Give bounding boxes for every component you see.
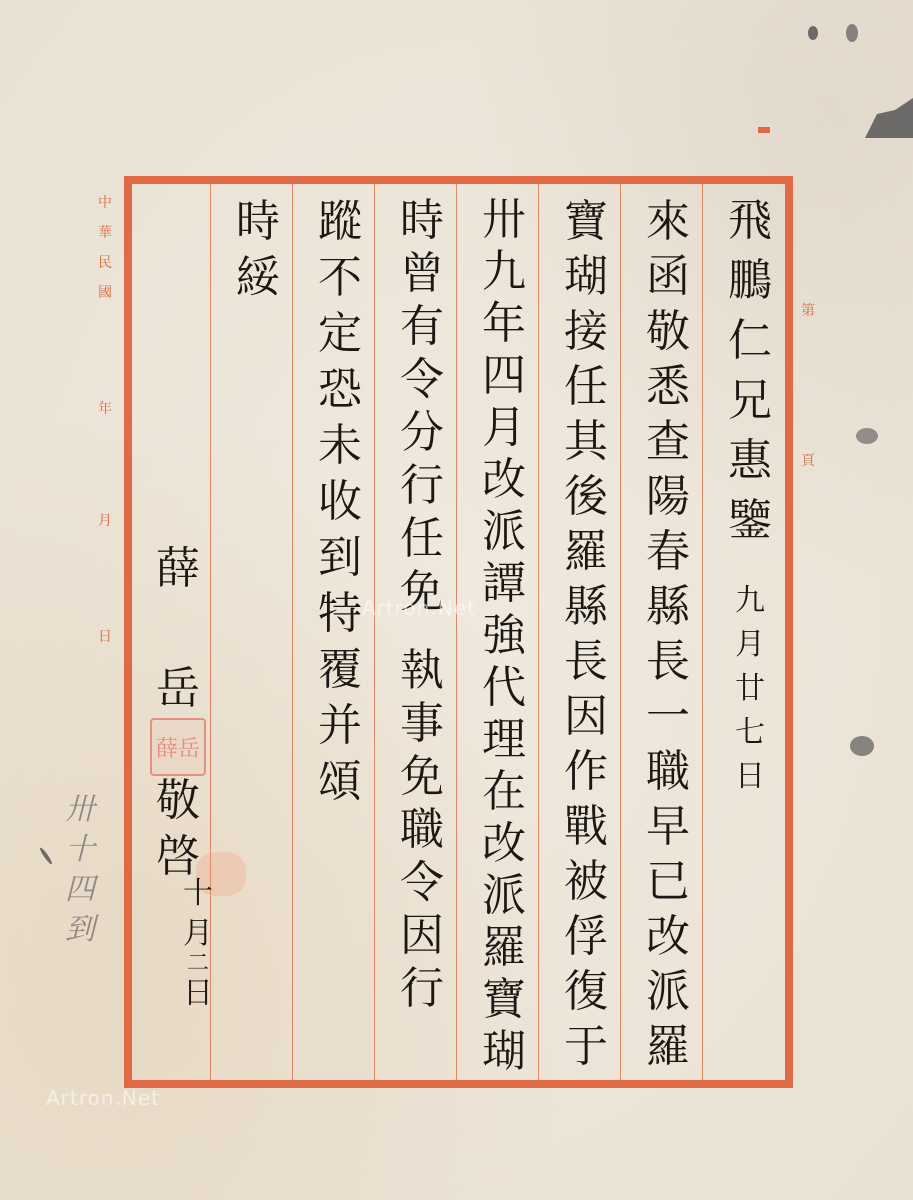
signature-block: 薛 岳 敬 啓 <box>138 539 218 883</box>
char: 敬 <box>646 304 690 359</box>
char: 早 <box>646 799 690 854</box>
pencil-char: 到 <box>65 910 95 950</box>
char: 縣 <box>646 579 690 634</box>
text-column-6: 蹤 不 定 恐 未 收 到 特 覆 并 頌 <box>300 194 380 810</box>
watermark: Artron.Net <box>46 1086 160 1110</box>
char: 復 <box>564 964 608 1019</box>
char: 派 <box>482 870 526 922</box>
char: 有 <box>400 300 444 353</box>
char: 職 <box>646 744 690 799</box>
ink-stain <box>39 847 54 866</box>
char: 譚 <box>482 558 526 610</box>
char: 不 <box>318 250 362 306</box>
char: 瑚 <box>482 1026 526 1078</box>
left-margin-print: 中 華 民 國 年 月 日 <box>98 192 112 646</box>
char: 分 <box>400 406 444 459</box>
char: 春 <box>646 524 690 579</box>
char: 卅 <box>482 194 526 246</box>
char: 接 <box>564 304 608 359</box>
date-char: 日 <box>183 974 213 1014</box>
char: 并 <box>318 698 362 754</box>
seal-stamp: 薛岳 <box>150 718 206 776</box>
char: 月 <box>482 402 526 454</box>
pencil-char: 卅 <box>65 790 95 830</box>
char: 收 <box>318 474 362 530</box>
char: 作 <box>564 744 608 799</box>
signature-name-char: 薛 <box>156 539 200 659</box>
char: 後 <box>564 469 608 524</box>
margin-char: 日 <box>98 626 112 646</box>
char: 蹤 <box>318 194 362 250</box>
char: 俘 <box>564 909 608 964</box>
char: 長 <box>646 634 690 689</box>
char: 一 <box>646 689 690 744</box>
date-char: 月 <box>735 618 765 662</box>
char: 兄 <box>728 374 772 434</box>
char: 陽 <box>646 469 690 524</box>
char: 被 <box>564 854 608 909</box>
char: 代 <box>482 662 526 714</box>
margin-char: 民 <box>98 252 112 272</box>
text-column-7: 時 綏 <box>218 194 298 306</box>
text-column-3: 寶 瑚 接 任 其 後 羅 縣 長 因 作 戰 被 俘 復 于 <box>546 194 626 1074</box>
char: 鑒 <box>728 494 772 554</box>
date-char: 廿 <box>735 662 765 706</box>
seal-text: 薛岳 <box>156 732 200 763</box>
char: 任 <box>400 512 444 565</box>
margin-char: 華 <box>98 222 112 242</box>
char: 縣 <box>564 579 608 634</box>
char: 執 <box>400 644 444 697</box>
text-column-2: 來 函 敬 悉 查 陽 春 縣 長 一 職 早 已 改 派 羅 <box>628 194 708 1074</box>
date-char: 月 <box>183 914 213 954</box>
char: 恐 <box>318 362 362 418</box>
char: 羅 <box>564 524 608 579</box>
char: 派 <box>482 506 526 558</box>
letter-frame: 飛 鵬 仁 兄 惠 鑒 九 月 廿 七 日 來 函 敬 悉 查 陽 春 縣 長 … <box>124 176 793 1088</box>
char: 令 <box>400 856 444 909</box>
char: 曾 <box>400 247 444 300</box>
char: 其 <box>564 414 608 469</box>
char: 覆 <box>318 642 362 698</box>
char: 定 <box>318 306 362 362</box>
char: 寶 <box>564 194 608 249</box>
char: 免 <box>400 750 444 803</box>
text-column-4: 卅 九 年 四 月 改 派 譚 強 代 理 在 改 派 羅 寶 瑚 <box>464 194 544 1078</box>
char: 飛 <box>728 194 772 254</box>
ink-stain <box>808 26 818 40</box>
char: 已 <box>646 854 690 909</box>
char: 年 <box>482 298 526 350</box>
pencil-annotation: 卅 十 四 到 <box>65 790 95 950</box>
ink-stain <box>850 736 874 756</box>
char: 在 <box>482 766 526 818</box>
watermark: Artron.Net <box>362 596 476 620</box>
char: 因 <box>400 909 444 962</box>
char: 改 <box>482 818 526 870</box>
char: 瑚 <box>564 249 608 304</box>
date-char: 二 <box>187 954 209 974</box>
char: 特 <box>318 586 362 642</box>
char: 時 <box>236 194 280 250</box>
char: 時 <box>400 194 444 247</box>
char: 令 <box>400 353 444 406</box>
char: 職 <box>400 803 444 856</box>
char: 綏 <box>236 250 280 306</box>
ink-stain <box>846 24 858 42</box>
char: 寶 <box>482 974 526 1026</box>
margin-char: 中 <box>98 192 112 212</box>
date-char: 十 <box>183 874 213 914</box>
char: 羅 <box>646 1019 690 1074</box>
date-char: 日 <box>735 750 765 794</box>
char: 派 <box>646 964 690 1019</box>
char: 戰 <box>564 799 608 854</box>
char: 惠 <box>728 434 772 494</box>
pencil-char: 四 <box>65 870 95 910</box>
char: 仁 <box>728 314 772 374</box>
signature-date: 十 月 二 日 <box>158 874 238 1014</box>
char: 九 <box>482 246 526 298</box>
column-rule <box>292 184 293 1080</box>
char: 任 <box>564 359 608 414</box>
margin-char: 頁 <box>801 450 815 470</box>
margin-char: 國 <box>98 282 112 302</box>
char: 到 <box>318 530 362 586</box>
char: 因 <box>564 689 608 744</box>
char: 查 <box>646 414 690 469</box>
char: 頌 <box>318 754 362 810</box>
char: 改 <box>482 454 526 506</box>
char: 改 <box>646 909 690 964</box>
margin-char: 第 <box>801 300 815 320</box>
char: 鵬 <box>728 254 772 314</box>
char: 事 <box>400 697 444 750</box>
char: 行 <box>400 459 444 512</box>
char: 來 <box>646 194 690 249</box>
char: 羅 <box>482 922 526 974</box>
text-column-1: 飛 鵬 仁 兄 惠 鑒 九 月 廿 七 日 <box>710 194 790 794</box>
right-margin-print: 第 頁 <box>801 300 815 470</box>
char: 行 <box>400 962 444 1015</box>
char: 函 <box>646 249 690 304</box>
pencil-char: 十 <box>65 830 95 870</box>
ink-stain <box>856 428 878 444</box>
char: 四 <box>482 350 526 402</box>
closing-char: 敬 <box>156 771 200 827</box>
char: 于 <box>564 1019 608 1074</box>
red-mark <box>758 127 770 133</box>
char: 長 <box>564 634 608 689</box>
char: 強 <box>482 610 526 662</box>
char: 悉 <box>646 359 690 414</box>
char: 未 <box>318 418 362 474</box>
char: 理 <box>482 714 526 766</box>
paper-tear <box>853 98 913 138</box>
date-char: 七 <box>735 706 765 750</box>
margin-char: 月 <box>98 510 112 530</box>
margin-char: 年 <box>98 398 112 418</box>
date-char: 九 <box>735 574 765 618</box>
